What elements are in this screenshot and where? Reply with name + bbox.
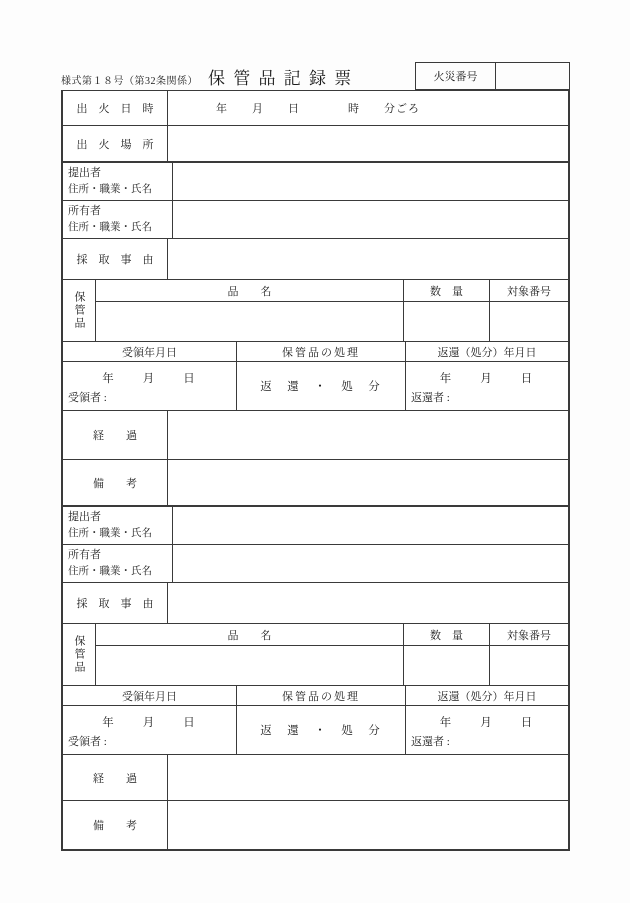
block1-item-name-cell: [96, 302, 404, 341]
block1-submitter-row: 提出者 住所・職業・氏名: [63, 161, 568, 200]
block2-storage-header: 品 名 数 量 対象番号: [96, 624, 568, 645]
return-date-header: 返還（処分）年月日: [406, 686, 568, 705]
form-number: 様式第１８号（第32条関係）: [61, 72, 198, 90]
item-name-header: 品 名: [96, 624, 404, 645]
block2-owner-row: 所有者 住所・職業・氏名: [63, 544, 568, 582]
block1-submitter-value-cell: [173, 163, 568, 200]
submitter-title: 提出者: [68, 509, 101, 526]
submitter-title: 提出者: [68, 165, 101, 182]
block1-reason-label: 採 取 事 由: [63, 239, 168, 279]
block1-quantity-cell: [404, 302, 490, 341]
return-date-placeholder: 年 月 日: [406, 714, 568, 730]
owner-subtitle: 住所・職業・氏名: [68, 220, 152, 236]
block2-item-name-cell: [96, 646, 404, 685]
receiver-prefix: 受領者 :: [68, 389, 107, 405]
block2-reason-label: 採 取 事 由: [63, 583, 168, 623]
fire-datetime-row: 出 火 日 時 年 月 日 時 分ごろ: [63, 91, 568, 125]
block1-receipt-header-row: 受領年月日 保管品の処理 返還（処分）年月日: [63, 341, 568, 361]
fire-place-row: 出 火 場 所: [63, 125, 568, 161]
receipt-date-header: 受領年月日: [63, 342, 237, 361]
block1-storage-grid: 品 名 数 量 対象番号: [96, 280, 568, 341]
block1-storage-item-row: [96, 301, 568, 341]
block2-progress-row: 経 過: [63, 754, 568, 800]
owner-title: 所有者: [68, 203, 101, 220]
submitter-subtitle: 住所・職業・氏名: [68, 182, 152, 198]
item-name-header: 品 名: [96, 280, 404, 301]
quantity-header: 数 量: [404, 624, 490, 645]
quantity-header: 数 量: [404, 280, 490, 301]
block1-reason-value-cell: [168, 239, 568, 279]
block1-storage-header: 品 名 数 量 対象番号: [96, 280, 568, 301]
block2-submitter-label: 提出者 住所・職業・氏名: [63, 507, 173, 544]
block1-progress-row: 経 過: [63, 410, 568, 459]
target-number-header: 対象番号: [490, 624, 568, 645]
block2-return-date-cell: 年 月 日 返還者 :: [406, 706, 568, 754]
title-bar: 様式第１８号（第32条関係） 保 管 品 記 録 票 火災番号: [61, 62, 570, 90]
returner-prefix: 返還者 :: [411, 389, 450, 405]
block1-remarks-row: 備 考: [63, 459, 568, 505]
fire-datetime-label: 出 火 日 時: [63, 91, 168, 125]
block2-receipt-row: 年 月 日 受領者 : 返 還 ・ 処 分 年 月 日 返還者 :: [63, 705, 568, 754]
block1-target-number-cell: [490, 302, 568, 341]
return-date-header: 返還（処分）年月日: [406, 342, 568, 361]
block1-handling-cell: 返 還 ・ 処 分: [237, 362, 406, 410]
returner-prefix: 返還者 :: [411, 733, 450, 749]
block2-remarks-value-cell: [168, 801, 568, 849]
block2-handling-cell: 返 還 ・ 処 分: [237, 706, 406, 754]
block1-progress-label: 経 過: [63, 411, 168, 459]
block1-remarks-label: 備 考: [63, 460, 168, 505]
fire-datetime-value-cell: 年 月 日 時 分ごろ: [168, 91, 568, 125]
block2-storage-items: 保管品 品 名 数 量 対象番号: [63, 623, 568, 685]
block2-storage-item-row: [96, 645, 568, 685]
block1-reason-row: 採 取 事 由: [63, 238, 568, 279]
fire-place-label: 出 火 場 所: [63, 126, 168, 161]
fire-place-value-cell: [168, 126, 568, 161]
block2-reason-value-cell: [168, 583, 568, 623]
block1-submitter-label: 提出者 住所・職業・氏名: [63, 163, 173, 200]
block2-submitter-value-cell: [173, 507, 568, 544]
receipt-date-header: 受領年月日: [63, 686, 237, 705]
owner-title: 所有者: [68, 547, 101, 564]
document-title: 保 管 品 記 録 票: [198, 64, 415, 90]
return-date-placeholder: 年 月 日: [406, 370, 568, 386]
receipt-date-placeholder: 年 月 日: [63, 714, 236, 730]
block1-owner-value-cell: [173, 201, 568, 238]
block1-owner-row: 所有者 住所・職業・氏名: [63, 200, 568, 238]
handling-header: 保管品の処理: [237, 342, 406, 361]
block2-quantity-cell: [404, 646, 490, 685]
submitter-subtitle: 住所・職業・氏名: [68, 526, 152, 542]
fire-number-value-cell: [496, 63, 569, 89]
fire-number-label: 火災番号: [416, 63, 496, 89]
owner-subtitle: 住所・職業・氏名: [68, 564, 152, 580]
document-page: 様式第１８号（第32条関係） 保 管 品 記 録 票 火災番号 出 火 日 時 …: [0, 0, 630, 903]
block2-storage-grid: 品 名 数 量 対象番号: [96, 624, 568, 685]
block2-remarks-row: 備 考: [63, 800, 568, 849]
block2-owner-value-cell: [173, 545, 568, 582]
fire-number-box: 火災番号: [415, 62, 570, 90]
block2-receipt-date-cell: 年 月 日 受領者 :: [63, 706, 237, 754]
block2-submitter-row: 提出者 住所・職業・氏名: [63, 505, 568, 544]
block1-storage-label: 保管品: [63, 280, 96, 341]
block1-return-date-cell: 年 月 日 返還者 :: [406, 362, 568, 410]
block2-remarks-label: 備 考: [63, 801, 168, 849]
handling-header: 保管品の処理: [237, 686, 406, 705]
target-number-header: 対象番号: [490, 280, 568, 301]
block2-reason-row: 採 取 事 由: [63, 582, 568, 623]
block2-storage-label: 保管品: [63, 624, 96, 685]
block1-receipt-row: 年 月 日 受領者 : 返 還 ・ 処 分 年 月 日 返還者 :: [63, 361, 568, 410]
block1-storage-items: 保管品 品 名 数 量 対象番号: [63, 279, 568, 341]
block1-progress-value-cell: [168, 411, 568, 459]
block1-remarks-value-cell: [168, 460, 568, 505]
receiver-prefix: 受領者 :: [68, 733, 107, 749]
storage-record-form: 様式第１８号（第32条関係） 保 管 品 記 録 票 火災番号 出 火 日 時 …: [61, 62, 570, 851]
block2-progress-value-cell: [168, 755, 568, 800]
block2-progress-label: 経 過: [63, 755, 168, 800]
block2-receipt-header-row: 受領年月日 保管品の処理 返還（処分）年月日: [63, 685, 568, 705]
block2-target-number-cell: [490, 646, 568, 685]
record-table: 出 火 日 時 年 月 日 時 分ごろ 出 火 場 所 提出者 住所・職業・氏名…: [61, 90, 570, 851]
block2-owner-label: 所有者 住所・職業・氏名: [63, 545, 173, 582]
block1-receipt-date-cell: 年 月 日 受領者 :: [63, 362, 237, 410]
receipt-date-placeholder: 年 月 日: [63, 370, 236, 386]
block1-owner-label: 所有者 住所・職業・氏名: [63, 201, 173, 238]
